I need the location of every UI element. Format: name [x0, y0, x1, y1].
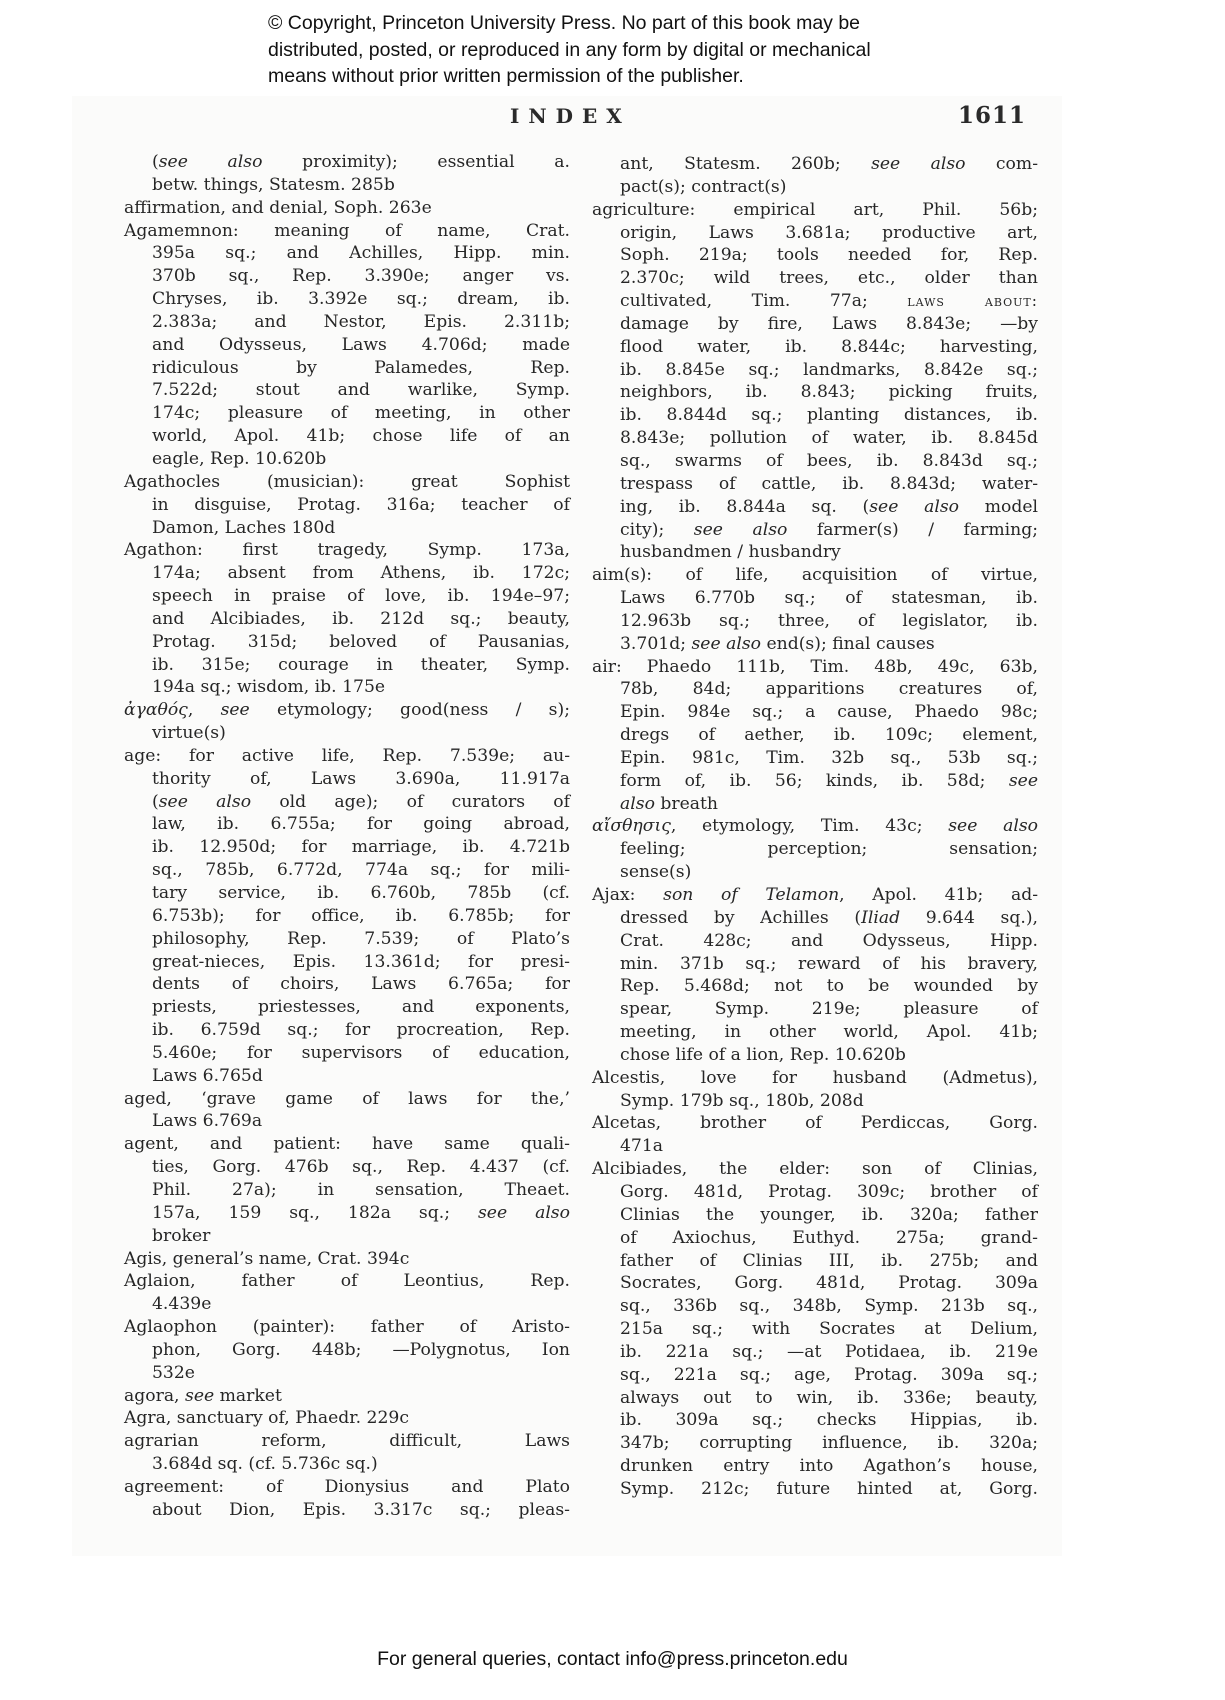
text-run: see also: [869, 497, 959, 517]
text-run: Clinias the younger, ib. 320a; father: [620, 1205, 1038, 1225]
text-run: city);: [620, 520, 694, 540]
text-run: 395a sq.; and Achilles, Hipp. min.: [152, 243, 570, 263]
text-run: Ajax:: [592, 885, 663, 905]
index-subline: 3.684d sq. (cf. 5.736c sq.): [124, 1453, 570, 1476]
index-subline: ib. 6.759d sq.; for procreation, Rep.: [124, 1019, 570, 1042]
text-run: Phil. 27a); in sensation, Theaet.: [152, 1180, 570, 1200]
index-subline: ib. 221a sq.; —at Potidaea, ib. 219e: [592, 1341, 1038, 1364]
index-entry: Alcibiades, the elder: son of Clinias,Go…: [592, 1158, 1038, 1501]
index-subline: and Odysseus, Laws 4.706d; made: [124, 334, 570, 357]
index-subline: ant, Statesm. 260b; see also com-: [592, 153, 1038, 176]
text-run: 4.439e: [152, 1294, 211, 1314]
text-run: 532e: [152, 1363, 195, 1383]
index-subline: chose life of a lion, Rep. 10.620b: [592, 1044, 1038, 1067]
text-run: dressed by Achilles (: [620, 908, 861, 928]
index-subline: 6.753b); for office, ib. 6.785b; for: [124, 905, 570, 928]
text-run: ant, Statesm. 260b;: [620, 154, 871, 174]
index-subline: ib. 8.844d sq.; planting distances, ib.: [592, 404, 1038, 427]
text-run: 2.370c; wild trees, etc., older than: [620, 268, 1038, 288]
index-heading-line: Ajax: son of Telamon, Apol. 41b; ad-: [592, 884, 1038, 907]
index-subline: Phil. 27a); in sensation, Theaet.: [124, 1179, 570, 1202]
index-subline: Epin. 981c, Tim. 32b sq., 53b sq.;: [592, 747, 1038, 770]
text-run: pact(s); contract(s): [620, 177, 786, 197]
index-entry: aged, ‘grave game of laws for the,’Laws …: [124, 1088, 570, 1134]
index-subline: always out to win, ib. 336e; beauty,: [592, 1387, 1038, 1410]
index-subline: Symp. 212c; future hinted at, Gorg.: [592, 1478, 1038, 1501]
index-heading-line: air: Phaedo 111b, Tim. 48b, 49c, 63b,: [592, 656, 1038, 679]
text-run: cultivated, Tim. 77a;: [620, 291, 907, 311]
index-heading-line: affirmation, and denial, Soph. 263e: [124, 197, 570, 220]
index-heading-line: αἴσθησις, etymology, Tim. 43c; see also: [592, 815, 1038, 838]
text-run: com-: [966, 154, 1038, 174]
text-run: ib. 12.950d; for marriage, ib. 4.721b: [152, 837, 570, 857]
text-run: ing, ib. 8.844a sq. (: [620, 497, 869, 517]
text-run: 5.460e; for supervisors of education,: [152, 1043, 570, 1063]
text-run: world, Apol. 41b; chose life of an: [152, 426, 570, 446]
index-entry: aim(s): of life, acquisition of virtue,L…: [592, 564, 1038, 655]
text-run: Laws 6.769a: [152, 1111, 262, 1131]
index-subline: 471a: [592, 1135, 1038, 1158]
text-run: Protag. 315d; beloved of Pausanias,: [152, 632, 570, 652]
index-entry: Agis, general’s name, Crat. 394c: [124, 1248, 570, 1271]
text-run: Epin. 981c, Tim. 32b sq., 53b sq.;: [620, 748, 1038, 768]
index-subline: min. 371b sq.; reward of his bravery,: [592, 953, 1038, 976]
index-subline: 194a sq.; wisdom, ib. 175e: [124, 676, 570, 699]
index-entry: air: Phaedo 111b, Tim. 48b, 49c, 63b,78b…: [592, 656, 1038, 816]
text-run: Aglaophon (painter): father of Aristo-: [124, 1317, 570, 1337]
index-subline: 174a; absent from Athens, ib. 172c;: [124, 562, 570, 585]
index-subline: in disguise, Protag. 316a; teacher of: [124, 494, 570, 517]
index-subline: 8.843e; pollution of water, ib. 8.845d: [592, 427, 1038, 450]
text-run: affirmation, and denial, Soph. 263e: [124, 198, 432, 218]
index-subline: 174c; pleasure of meeting, in other: [124, 402, 570, 425]
text-run: model: [959, 497, 1038, 517]
text-run: laws about:: [907, 292, 1038, 310]
index-heading-line: Agathocles (musician): great Sophist: [124, 471, 570, 494]
index-subline: great-nieces, Epis. 13.361d; for presi-: [124, 951, 570, 974]
text-run: Epin. 984e sq.; a cause, Phaedo 98c;: [620, 702, 1038, 722]
text-run: also: [620, 794, 655, 814]
index-subline: sq., swarms of bees, ib. 8.843d sq.;: [592, 450, 1038, 473]
index-heading-line: Aglaophon (painter): father of Aristo-: [124, 1316, 570, 1339]
index-entry: Ajax: son of Telamon, Apol. 41b; ad-dres…: [592, 884, 1038, 1067]
text-run: etymology; good(ness / s);: [250, 700, 570, 720]
text-run: Damon, Laches 180d: [152, 518, 335, 538]
text-run: dregs of aether, ib. 109c; element,: [620, 725, 1038, 745]
text-run: and Alcibiades, ib. 212d sq.; beauty,: [152, 609, 570, 629]
index-subline: ing, ib. 8.844a sq. (see also model: [592, 496, 1038, 519]
footer-contact: For general queries, contact info@press.…: [0, 1648, 1225, 1671]
copyright-line: © Copyright, Princeton University Press.…: [268, 10, 968, 37]
index-heading-line: agriculture: empirical art, Phil. 56b;: [592, 199, 1038, 222]
index-subline: Gorg. 481d, Protag. 309c; brother of: [592, 1181, 1038, 1204]
index-entry: Agathocles (musician): great Sophistin d…: [124, 471, 570, 540]
text-run: Agathocles (musician): great Sophist: [124, 472, 570, 492]
text-run: damage by fire, Laws 8.843e; —by: [620, 314, 1038, 334]
text-run: priests, priestesses, and exponents,: [152, 997, 570, 1017]
index-heading-line: Agis, general’s name, Crat. 394c: [124, 1248, 570, 1271]
index-subline: sq., 221a sq.; age, Protag. 309a sq.;: [592, 1364, 1038, 1387]
index-subline: Chryses, ib. 3.392e sq.; dream, ib.: [124, 288, 570, 311]
index-subline: Symp. 179b sq., 180b, 208d: [592, 1090, 1038, 1113]
index-entry: age: for active life, Rep. 7.539e; au-th…: [124, 745, 570, 1088]
text-run: trespass of cattle, ib. 8.843d; water-: [620, 474, 1038, 494]
text-run: sq., 221a sq.; age, Protag. 309a sq.;: [620, 1365, 1038, 1385]
text-run: Chryses, ib. 3.392e sq.; dream, ib.: [152, 289, 570, 309]
text-run: 3.701d;: [620, 634, 691, 654]
index-subline: husbandmen / husbandry: [592, 541, 1038, 564]
index-entry-continuation: (see also proximity); essential a.betw. …: [124, 151, 570, 197]
index-subline: 78b, 84d; apparitions creatures of,: [592, 678, 1038, 701]
text-run: see also: [159, 792, 251, 812]
index-subline: dregs of aether, ib. 109c; element,: [592, 724, 1038, 747]
text-run: ib. 8.845e sq.; landmarks, 8.842e sq.;: [620, 360, 1038, 380]
index-entry-continuation: ant, Statesm. 260b; see also com-pact(s)…: [592, 153, 1038, 199]
index-entry: αἴσθησις, etymology, Tim. 43c; see alsof…: [592, 815, 1038, 884]
text-run: broker: [152, 1226, 210, 1246]
text-run: old age); of curators of: [251, 792, 570, 812]
text-run: ib. 8.844d sq.; planting distances, ib.: [620, 405, 1038, 425]
index-heading-line: agreement: of Dionysius and Plato: [124, 1476, 570, 1499]
index-subline: pact(s); contract(s): [592, 176, 1038, 199]
index-subline: ties, Gorg. 476b sq., Rep. 4.437 (cf.: [124, 1156, 570, 1179]
index-subline: 7.522d; stout and warlike, Symp.: [124, 379, 570, 402]
text-run: son of Telamon: [663, 885, 839, 905]
index-subline: drunken entry into Agathon’s house,: [592, 1455, 1038, 1478]
index-subline: Socrates, Gorg. 481d, Protag. 309a: [592, 1272, 1038, 1295]
text-run: Rep. 5.468d; not to be wounded by: [620, 976, 1038, 996]
text-run: market: [214, 1386, 282, 1406]
text-run: speech in praise of love, ib. 194e–97;: [152, 586, 570, 606]
index-subline: sense(s): [592, 861, 1038, 884]
text-run: dents of choirs, Laws 6.765a; for: [152, 974, 570, 994]
text-run: 174a; absent from Athens, ib. 172c;: [152, 563, 570, 583]
index-subline: damage by fire, Laws 8.843e; —by: [592, 313, 1038, 336]
text-run: thority of, Laws 3.690a, 11.917a: [152, 769, 570, 789]
index-entry: Agra, sanctuary of, Phaedr. 229c: [124, 1407, 570, 1430]
text-run: chose life of a lion, Rep. 10.620b: [620, 1045, 906, 1065]
text-run: see also: [159, 152, 263, 172]
text-run: Agra, sanctuary of, Phaedr. 229c: [124, 1408, 409, 1428]
text-run: 347b; corrupting influence, ib. 320a;: [620, 1433, 1038, 1453]
index-subline: father of Clinias III, ib. 275b; and: [592, 1250, 1038, 1273]
text-run: father of Clinias III, ib. 275b; and: [620, 1251, 1038, 1271]
text-run: 2.383a; and Nestor, Epis. 2.311b;: [152, 312, 570, 332]
index-entry: Agamemnon: meaning of name, Crat.395a sq…: [124, 220, 570, 471]
text-run: 215a sq.; with Socrates at Delium,: [620, 1319, 1038, 1339]
text-run: , Apol. 41b; ad-: [839, 885, 1038, 905]
index-subline: Crat. 428c; and Odysseus, Hipp.: [592, 930, 1038, 953]
text-run: 78b, 84d; apparitions creatures of,: [620, 679, 1038, 699]
index-subline: of Axiochus, Euthyd. 275a; grand-: [592, 1227, 1038, 1250]
index-subline: ib. 12.950d; for marriage, ib. 4.721b: [124, 836, 570, 859]
text-run: of Axiochus, Euthyd. 275a; grand-: [620, 1228, 1038, 1248]
text-run: Agis, general’s name, Crat. 394c: [124, 1249, 409, 1269]
index-heading-line: Alcetas, brother of Perdiccas, Gorg.: [592, 1112, 1038, 1135]
index-subline: Laws 6.765d: [124, 1065, 570, 1088]
text-run: 12.963b sq.; three, of legislator, ib.: [620, 611, 1038, 631]
text-run: ib. 309a sq.; checks Hippias, ib.: [620, 1410, 1038, 1430]
index-entry: agrarian reform, difficult, Laws3.684d s…: [124, 1430, 570, 1476]
index-subline: Protag. 315d; beloved of Pausanias,: [124, 631, 570, 654]
text-run: ties, Gorg. 476b sq., Rep. 4.437 (cf.: [152, 1157, 570, 1177]
text-run: min. 371b sq.; reward of his bravery,: [620, 954, 1038, 974]
index-heading-line: Alcestis, love for husband (Admetus),: [592, 1067, 1038, 1090]
index-entry: ἀγαθός, see etymology; good(ness / s);vi…: [124, 699, 570, 745]
index-entry: Aglaophon (painter): father of Aristo-ph…: [124, 1316, 570, 1385]
index-subline: Laws 6.770b sq.; of statesman, ib.: [592, 587, 1038, 610]
text-run: about Dion, Epis. 3.317c sq.; pleas-: [152, 1500, 570, 1520]
text-run: 6.753b); for office, ib. 6.785b; for: [152, 906, 570, 926]
index-subline: Damon, Laches 180d: [124, 517, 570, 540]
text-run: agent, and patient: have same quali-: [124, 1134, 570, 1154]
text-run: ib. 6.759d sq.; for procreation, Rep.: [152, 1020, 570, 1040]
text-run: Soph. 219a; tools needed for, Rep.: [620, 245, 1038, 265]
index-subline: virtue(s): [124, 722, 570, 745]
index-subline: meeting, in other world, Apol. 41b;: [592, 1021, 1038, 1044]
text-run: agreement: of Dionysius and Plato: [124, 1477, 570, 1497]
index-column-left: (see also proximity); essential a.betw. …: [124, 151, 570, 1522]
text-run: , etymology, Tim. 43c;: [671, 816, 948, 836]
text-run: Symp. 212c; future hinted at, Gorg.: [620, 1479, 1038, 1499]
text-run: in disguise, Protag. 316a; teacher of: [152, 495, 570, 515]
index-heading-line: agent, and patient: have same quali-: [124, 1133, 570, 1156]
index-entry: Alcestis, love for husband (Admetus),Sym…: [592, 1067, 1038, 1113]
index-heading-line: agrarian reform, difficult, Laws: [124, 1430, 570, 1453]
text-run: Laws 6.765d: [152, 1066, 263, 1086]
text-run: Laws 6.770b sq.; of statesman, ib.: [620, 588, 1038, 608]
text-run: see also: [694, 520, 788, 540]
copyright-line: distributed, posted, or reproduced in an…: [268, 37, 968, 64]
index-subline: 4.439e: [124, 1293, 570, 1316]
text-run: 157a, 159 sq., 182a sq.;: [152, 1203, 478, 1223]
text-run: origin, Laws 3.681a; productive art,: [620, 223, 1038, 243]
index-subline: cultivated, Tim. 77a; laws about:: [592, 290, 1038, 313]
text-run: feeling; perception; sensation;: [620, 839, 1038, 859]
index-subline: thority of, Laws 3.690a, 11.917a: [124, 768, 570, 791]
text-run: Symp. 179b sq., 180b, 208d: [620, 1091, 864, 1111]
text-run: Agamemnon: meaning of name, Crat.: [124, 221, 570, 241]
copyright-line: means without prior written permission o…: [268, 63, 968, 90]
index-subline: and Alcibiades, ib. 212d sq.; beauty,: [124, 608, 570, 631]
index-entry: affirmation, and denial, Soph. 263e: [124, 197, 570, 220]
index-heading-line: Agamemnon: meaning of name, Crat.: [124, 220, 570, 243]
text-run: end(s); final causes: [761, 634, 935, 654]
index-subline: 2.370c; wild trees, etc., older than: [592, 267, 1038, 290]
text-run: 370b sq., Rep. 3.390e; anger vs.: [152, 266, 570, 286]
index-heading-line: aim(s): of life, acquisition of virtue,: [592, 564, 1038, 587]
index-subline: world, Apol. 41b; chose life of an: [124, 425, 570, 448]
index-subline: 532e: [124, 1362, 570, 1385]
text-run: aged, ‘grave game of laws for the,’: [124, 1089, 570, 1109]
index-subline: phon, Gorg. 448b; —Polygnotus, Ion: [124, 1339, 570, 1362]
index-subline: 215a sq.; with Socrates at Delium,: [592, 1318, 1038, 1341]
text-run: age: for active life, Rep. 7.539e; au-: [124, 746, 570, 766]
text-run: see also: [478, 1203, 570, 1223]
text-run: virtue(s): [152, 723, 226, 743]
index-heading-line: Agathon: first tragedy, Symp. 173a,: [124, 539, 570, 562]
index-subline: feeling; perception; sensation;: [592, 838, 1038, 861]
index-entry: agora, see market: [124, 1385, 570, 1408]
index-subline: ib. 315e; courage in theater, Symp.: [124, 654, 570, 677]
index-subline: priests, priestesses, and exponents,: [124, 996, 570, 1019]
text-run: flood water, ib. 8.844c; harvesting,: [620, 337, 1038, 357]
index-subline: dents of choirs, Laws 6.765a; for: [124, 973, 570, 996]
text-run: Agathon: first tragedy, Symp. 173a,: [124, 540, 570, 560]
text-run: farmer(s) / farming;: [787, 520, 1038, 540]
text-run: 174c; pleasure of meeting, in other: [152, 403, 570, 423]
index-subline: Epin. 984e sq.; a cause, Phaedo 98c;: [592, 701, 1038, 724]
text-run: 8.843e; pollution of water, ib. 8.845d: [620, 428, 1038, 448]
index-heading-line: age: for active life, Rep. 7.539e; au-: [124, 745, 570, 768]
text-run: see also: [691, 634, 761, 654]
text-run: Crat. 428c; and Odysseus, Hipp.: [620, 931, 1038, 951]
text-run: eagle, Rep. 10.620b: [152, 449, 326, 469]
text-run: see: [185, 1386, 214, 1406]
index-subline: trespass of cattle, ib. 8.843d; water-: [592, 473, 1038, 496]
index-subline: philosophy, Rep. 7.539; of Plato’s: [124, 928, 570, 951]
text-run: sense(s): [620, 862, 691, 882]
text-run: see also: [948, 816, 1038, 836]
index-subline: form of, ib. 56; kinds, ib. 58d; see: [592, 770, 1038, 793]
text-run: Aglaion, father of Leontius, Rep.: [124, 1271, 570, 1291]
text-run: 194a sq.; wisdom, ib. 175e: [152, 677, 385, 697]
index-heading-line: aged, ‘grave game of laws for the,’: [124, 1088, 570, 1111]
index-heading-line: agora, see market: [124, 1385, 570, 1408]
text-run: see also: [871, 154, 965, 174]
text-run: see: [221, 700, 250, 720]
text-run: 9.644 sq.),: [900, 908, 1038, 928]
index-subline: 5.460e; for supervisors of education,: [124, 1042, 570, 1065]
text-run: drunken entry into Agathon’s house,: [620, 1456, 1038, 1476]
text-run: philosophy, Rep. 7.539; of Plato’s: [152, 929, 570, 949]
index-subline: flood water, ib. 8.844c; harvesting,: [592, 336, 1038, 359]
index-subline: 3.701d; see also end(s); final causes: [592, 633, 1038, 656]
text-run: meeting, in other world, Apol. 41b;: [620, 1022, 1038, 1042]
text-run: spear, Symp. 219e; pleasure of: [620, 999, 1038, 1019]
index-entry: Aglaion, father of Leontius, Rep.4.439e: [124, 1270, 570, 1316]
text-run: ib. 221a sq.; —at Potidaea, ib. 219e: [620, 1342, 1038, 1362]
index-heading-line: Aglaion, father of Leontius, Rep.: [124, 1270, 570, 1293]
running-head: INDEX 1611: [0, 104, 1225, 134]
text-run: Socrates, Gorg. 481d, Protag. 309a: [620, 1273, 1038, 1293]
index-heading-line: Agra, sanctuary of, Phaedr. 229c: [124, 1407, 570, 1430]
text-run: aim(s): of life, acquisition of virtue,: [592, 565, 1038, 585]
index-subline: 370b sq., Rep. 3.390e; anger vs.: [124, 265, 570, 288]
index-subline: Soph. 219a; tools needed for, Rep.: [592, 244, 1038, 267]
index-subline: about Dion, Epis. 3.317c sq.; pleas-: [124, 1499, 570, 1522]
index-subline: (see also proximity); essential a.: [124, 151, 570, 174]
index-subline: dressed by Achilles (Iliad 9.644 sq.),: [592, 907, 1038, 930]
index-subline: law, ib. 6.755a; for going abroad,: [124, 813, 570, 836]
index-entry: Alcetas, brother of Perdiccas, Gorg.471a: [592, 1112, 1038, 1158]
index-subline: sq., 785b, 6.772d, 774a sq.; for mili-: [124, 859, 570, 882]
text-run: sq., swarms of bees, ib. 8.843d sq.;: [620, 451, 1038, 471]
text-run: ib. 315e; courage in theater, Symp.: [152, 655, 570, 675]
index-subline: sq., 336b sq., 348b, Symp. 213b sq.,: [592, 1295, 1038, 1318]
index-entry: Agathon: first tragedy, Symp. 173a,174a;…: [124, 539, 570, 699]
text-run: ,: [188, 700, 221, 720]
text-run: agrarian reform, difficult, Laws: [124, 1431, 570, 1451]
index-subline: Rep. 5.468d; not to be wounded by: [592, 975, 1038, 998]
text-run: (: [152, 792, 159, 812]
index-subline: origin, Laws 3.681a; productive art,: [592, 222, 1038, 245]
index-subline: ridiculous by Palamedes, Rep.: [124, 357, 570, 380]
text-run: ridiculous by Palamedes, Rep.: [152, 358, 570, 378]
text-run: air: Phaedo 111b, Tim. 48b, 49c, 63b,: [592, 657, 1038, 677]
text-run: neighbors, ib. 8.843; picking fruits,: [620, 382, 1038, 402]
index-subline: speech in praise of love, ib. 194e–97;: [124, 585, 570, 608]
index-entry: agent, and patient: have same quali-ties…: [124, 1133, 570, 1247]
page-number: 1611: [958, 102, 1026, 129]
index-subline: 2.383a; and Nestor, Epis. 2.311b;: [124, 311, 570, 334]
text-run: 7.522d; stout and warlike, Symp.: [152, 380, 570, 400]
index-subline: Clinias the younger, ib. 320a; father: [592, 1204, 1038, 1227]
index-subline: broker: [124, 1225, 570, 1248]
index-heading-line: Alcibiades, the elder: son of Clinias,: [592, 1158, 1038, 1181]
index-subline: 347b; corrupting influence, ib. 320a;: [592, 1432, 1038, 1455]
text-run: ἀγαθός: [124, 700, 188, 720]
copyright-notice: © Copyright, Princeton University Press.…: [268, 10, 968, 90]
text-run: Alcetas, brother of Perdiccas, Gorg.: [592, 1113, 1038, 1133]
text-run: αἴσθησις: [592, 816, 671, 836]
index-entry: agreement: of Dionysius and Platoabout D…: [124, 1476, 570, 1522]
text-run: sq., 785b, 6.772d, 774a sq.; for mili-: [152, 860, 570, 880]
text-run: great-nieces, Epis. 13.361d; for presi-: [152, 952, 570, 972]
index-subline: spear, Symp. 219e; pleasure of: [592, 998, 1038, 1021]
text-run: see: [1009, 771, 1038, 791]
text-run: Iliad: [861, 908, 900, 928]
text-run: agora,: [124, 1386, 185, 1406]
text-run: agriculture: empirical art, Phil. 56b;: [592, 200, 1038, 220]
index-subline: ib. 309a sq.; checks Hippias, ib.: [592, 1409, 1038, 1432]
text-run: betw. things, Statesm. 285b: [152, 175, 395, 195]
text-run: 471a: [620, 1136, 663, 1156]
text-run: form of, ib. 56; kinds, ib. 58d;: [620, 771, 1009, 791]
index-subline: city); see also farmer(s) / farming;: [592, 519, 1038, 542]
index-subline: 12.963b sq.; three, of legislator, ib.: [592, 610, 1038, 633]
running-head-title: INDEX: [510, 104, 631, 128]
text-run: phon, Gorg. 448b; —Polygnotus, Ion: [152, 1340, 570, 1360]
text-run: proximity); essential a.: [262, 152, 570, 172]
index-subline: ib. 8.845e sq.; landmarks, 8.842e sq.;: [592, 359, 1038, 382]
index-column-right: ant, Statesm. 260b; see also com-pact(s)…: [592, 153, 1038, 1501]
text-run: breath: [655, 794, 718, 814]
index-subline: betw. things, Statesm. 285b: [124, 174, 570, 197]
text-run: always out to win, ib. 336e; beauty,: [620, 1388, 1038, 1408]
text-run: Alcibiades, the elder: son of Clinias,: [592, 1159, 1038, 1179]
index-subline: tary service, ib. 6.760b, 785b (cf.: [124, 882, 570, 905]
index-heading-line: ἀγαθός, see etymology; good(ness / s);: [124, 699, 570, 722]
text-run: husbandmen / husbandry: [620, 542, 841, 562]
index-subline: Laws 6.769a: [124, 1110, 570, 1133]
text-run: sq., 336b sq., 348b, Symp. 213b sq.,: [620, 1296, 1038, 1316]
text-run: Gorg. 481d, Protag. 309c; brother of: [620, 1182, 1038, 1202]
index-subline: (see also old age); of curators of: [124, 791, 570, 814]
text-run: tary service, ib. 6.760b, 785b (cf.: [152, 883, 570, 903]
index-subline: 157a, 159 sq., 182a sq.; see also: [124, 1202, 570, 1225]
text-run: and Odysseus, Laws 4.706d; made: [152, 335, 570, 355]
text-run: law, ib. 6.755a; for going abroad,: [152, 814, 570, 834]
index-subline: 395a sq.; and Achilles, Hipp. min.: [124, 242, 570, 265]
index-subline: also breath: [592, 793, 1038, 816]
index-subline: neighbors, ib. 8.843; picking fruits,: [592, 381, 1038, 404]
index-entry: agriculture: empirical art, Phil. 56b;or…: [592, 199, 1038, 565]
text-run: Alcestis, love for husband (Admetus),: [592, 1068, 1038, 1088]
index-subline: eagle, Rep. 10.620b: [124, 448, 570, 471]
text-run: 3.684d sq. (cf. 5.736c sq.): [152, 1454, 378, 1474]
